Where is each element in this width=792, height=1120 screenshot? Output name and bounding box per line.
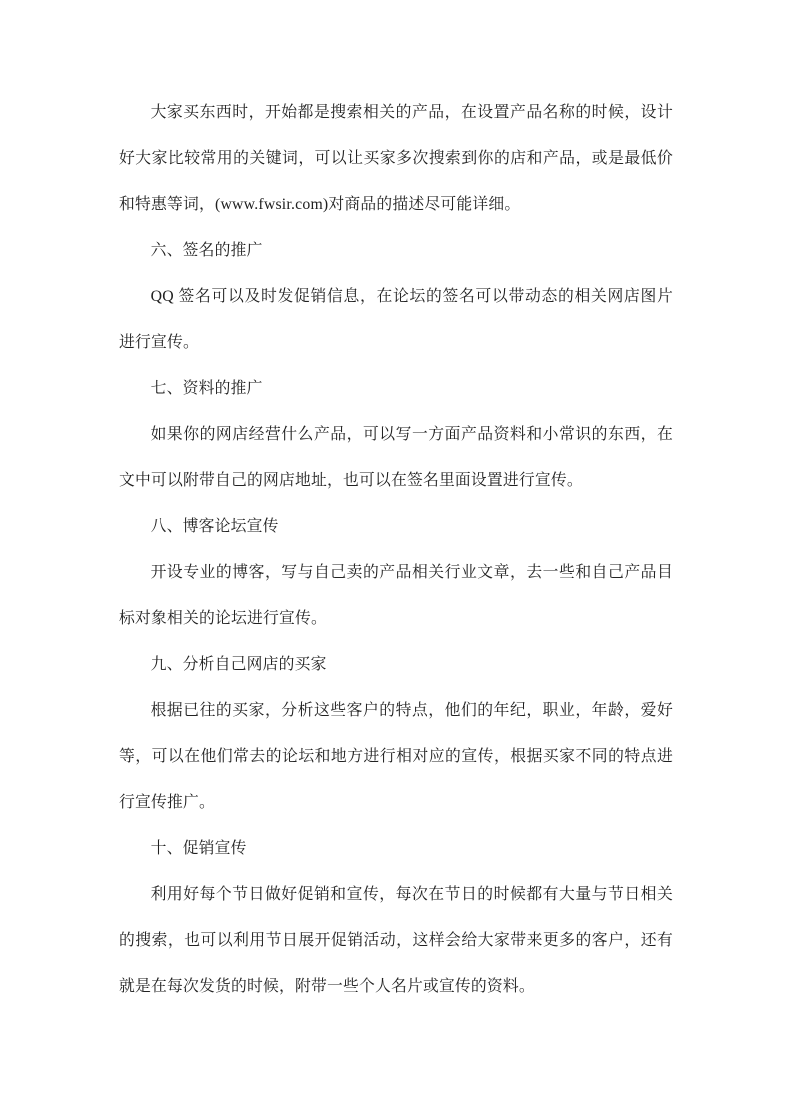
heading-section-10: 十、促销宣传: [119, 826, 673, 872]
paragraph-buyer-analysis: 根据已往的买家，分析这些客户的特点，他们的年纪，职业，年龄，爱好等，可以在他们常…: [119, 688, 673, 826]
document-page: 大家买东西时，开始都是搜索相关的产品，在设置产品名称的时候，设计好大家比较常用的…: [0, 0, 792, 1120]
paragraph-holiday-promotion: 利用好每个节日做好促销和宣传，每次在节日的时候都有大量与节日相关的搜索，也可以利…: [119, 872, 673, 1010]
heading-section-7: 七、资料的推广: [119, 366, 673, 412]
paragraph-qq-signature: QQ 签名可以及时发促销信息，在论坛的签名可以带动态的相关网店图片进行宣传。: [119, 274, 673, 366]
paragraph-search-keywords: 大家买东西时，开始都是搜索相关的产品，在设置产品名称的时候，设计好大家比较常用的…: [119, 90, 673, 228]
paragraph-product-info: 如果你的网店经营什么产品，可以写一方面产品资料和小常识的东西，在文中可以附带自己…: [119, 412, 673, 504]
heading-section-8: 八、博客论坛宣传: [119, 504, 673, 550]
heading-section-6: 六、签名的推广: [119, 228, 673, 274]
heading-section-9: 九、分析自己网店的买家: [119, 642, 673, 688]
paragraph-blog-forum: 开设专业的博客，写与自己卖的产品相关行业文章，去一些和自己产品目标对象相关的论坛…: [119, 550, 673, 642]
